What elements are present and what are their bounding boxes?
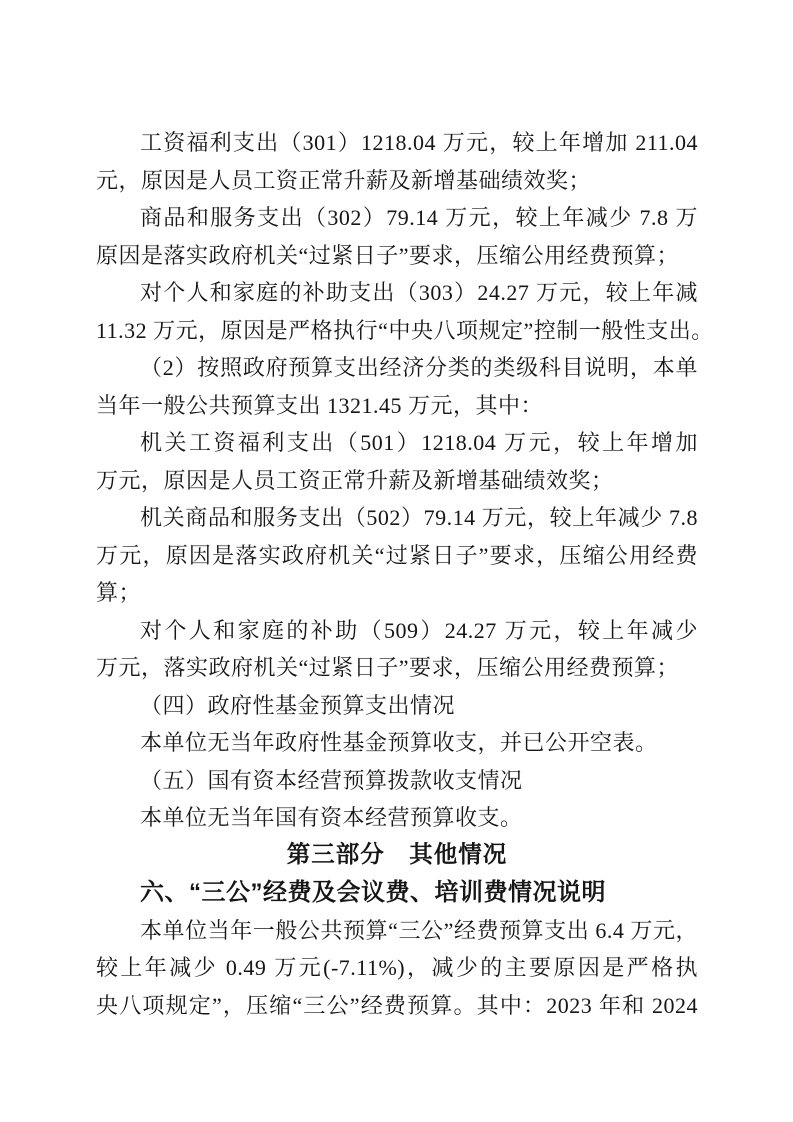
subsection-heading-four: （四）政府性基金预算支出情况: [96, 687, 698, 725]
text-line: 11.32 万元，原因是严格执行“中央八项规定”控制一般性支出。: [96, 312, 698, 350]
text-line: 机关商品和服务支出（502）79.14 万元，较上年减少 7.8: [96, 499, 698, 537]
text-line: 当年一般公共预算支出 1321.45 万元，其中：: [96, 387, 698, 425]
text-line: 对个人和家庭的补助（509）24.27 万元，较上年减少 11.32: [96, 612, 698, 650]
document-text-block: 工资福利支出（301）1218.04 万元，较上年增加 211.04 万 元，原…: [96, 124, 698, 1024]
text-line: 较上年减少 0.49 万元(-7.11%)，减少的主要原因是严格执行“中: [96, 949, 698, 987]
part-three-heading: 第三部分 其他情况: [96, 837, 698, 875]
text-line: 本单位当年一般公共预算“三公”经费预算支出 6.4 万元，: [96, 912, 698, 950]
text-line: 万元，落实政府机关“过紧日子”要求，压缩公用经费预算；: [96, 649, 698, 687]
text-line: 算；: [96, 574, 698, 612]
text-line: 机关工资福利支出（501）1218.04 万元，较上年增加 211.04: [96, 424, 698, 462]
subsection-heading-five: （五）国有资本经营预算拨款收支情况: [96, 762, 698, 800]
section-six-heading: 六、“三公”经费及会议费、培训费情况说明: [96, 874, 698, 912]
text-line: 元，原因是人员工资正常升薪及新增基础绩效奖；: [96, 162, 698, 200]
text-line: 万元，原因是人员工资正常升薪及新增基础绩效奖；: [96, 462, 698, 500]
text-line: 原因是落实政府机关“过紧日子”要求，压缩公用经费预算；: [96, 237, 698, 275]
text-line: 央八项规定”，压缩“三公”经费预算。其中：2023 年和 2024: [96, 987, 698, 1025]
text-line: 万元，原因是落实政府机关“过紧日子”要求，压缩公用经费预: [96, 537, 698, 575]
text-line: 商品和服务支出（302）79.14 万元，较上年减少 7.8 万元，: [96, 199, 698, 237]
text-line: 本单位无当年政府性基金预算收支，并已公开空表。: [96, 724, 698, 762]
text-line: 对个人和家庭的补助支出（303）24.27 万元，较上年减少: [96, 274, 698, 312]
text-line: 工资福利支出（301）1218.04 万元，较上年增加 211.04 万: [96, 124, 698, 162]
text-line: （2）按照政府预算支出经济分类的类级科目说明，本单位: [96, 349, 698, 387]
text-line: 本单位无当年国有资本经营预算收支。: [96, 799, 698, 837]
document-page: 工资福利支出（301）1218.04 万元，较上年增加 211.04 万 元，原…: [0, 0, 793, 1122]
